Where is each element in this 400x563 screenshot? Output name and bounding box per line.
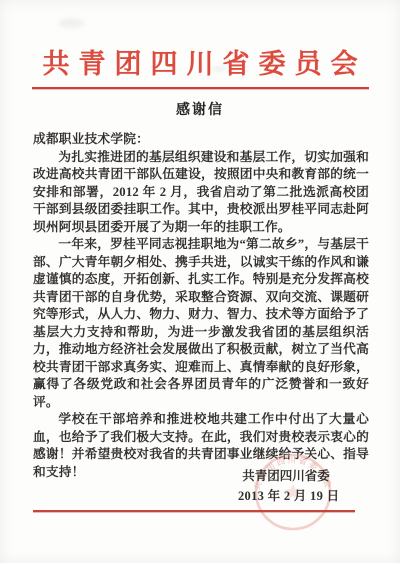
document-title: 感谢信 bbox=[0, 99, 400, 119]
body-paragraph: 为扎实推进团的基层组织建设和基层工作，切实加强和改进高校共青团干部队伍建设，按照… bbox=[33, 149, 369, 237]
scanned-letter-page: 共青团四川省委员会 感谢信 成都职业技术学院： 为扎实推进团的基层组织建设和基层… bbox=[0, 0, 400, 563]
footer-rule bbox=[33, 510, 355, 512]
body-paragraph: 一年来，罗桂平同志视挂职地为“第二故乡”，与基层干部、广大青年朝夕相处、携手共进… bbox=[33, 236, 369, 411]
salutation: 成都职业技术学院： bbox=[33, 131, 369, 149]
signature-date: 2013 年 2 月 19 日 bbox=[238, 489, 334, 503]
letterhead-rule bbox=[32, 87, 369, 89]
letter-body: 成都职业技术学院： 为扎实推进团的基层组织建设和基层工作，切实加强和改进高校共青… bbox=[33, 131, 369, 481]
letterhead-org-title: 共青团四川省委员会 bbox=[0, 42, 400, 81]
signature-block: 共青团四川省委 2013 年 2 月 19 日 bbox=[238, 469, 334, 503]
signature-org: 共青团四川省委 bbox=[238, 469, 334, 483]
scan-smudge bbox=[58, 18, 84, 28]
